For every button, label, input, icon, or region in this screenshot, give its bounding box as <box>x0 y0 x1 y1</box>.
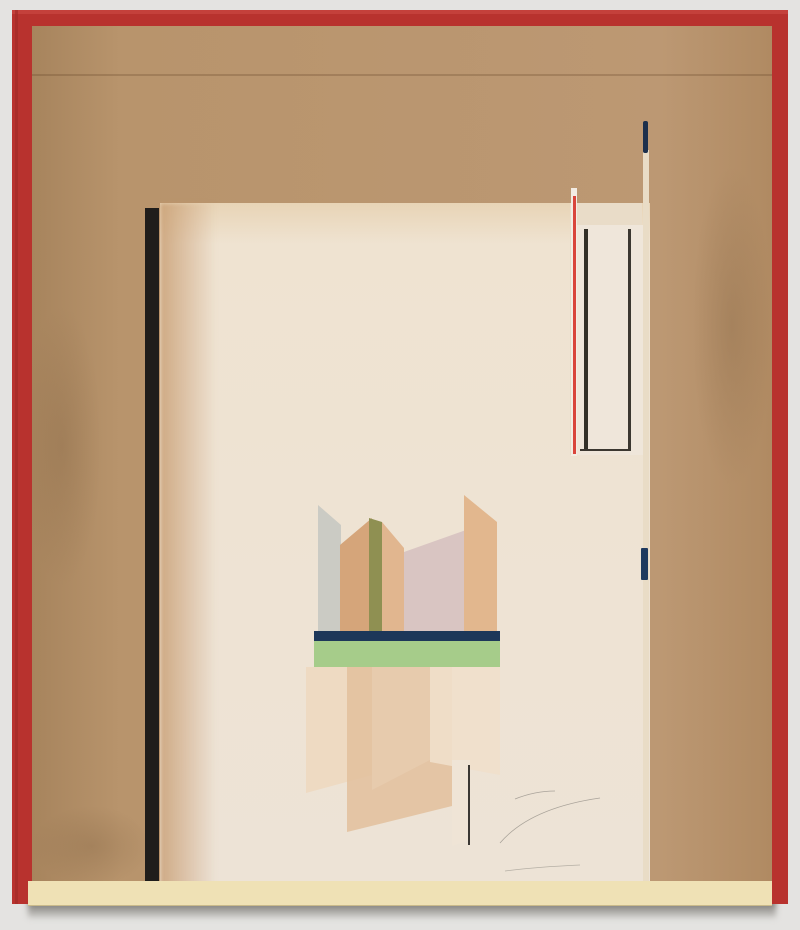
masking-tape-bottom <box>28 881 772 906</box>
small-vertical-line <box>468 765 470 845</box>
green-strip <box>314 641 500 667</box>
collage-paper-shapes <box>0 0 800 930</box>
navy-strip <box>314 631 500 641</box>
